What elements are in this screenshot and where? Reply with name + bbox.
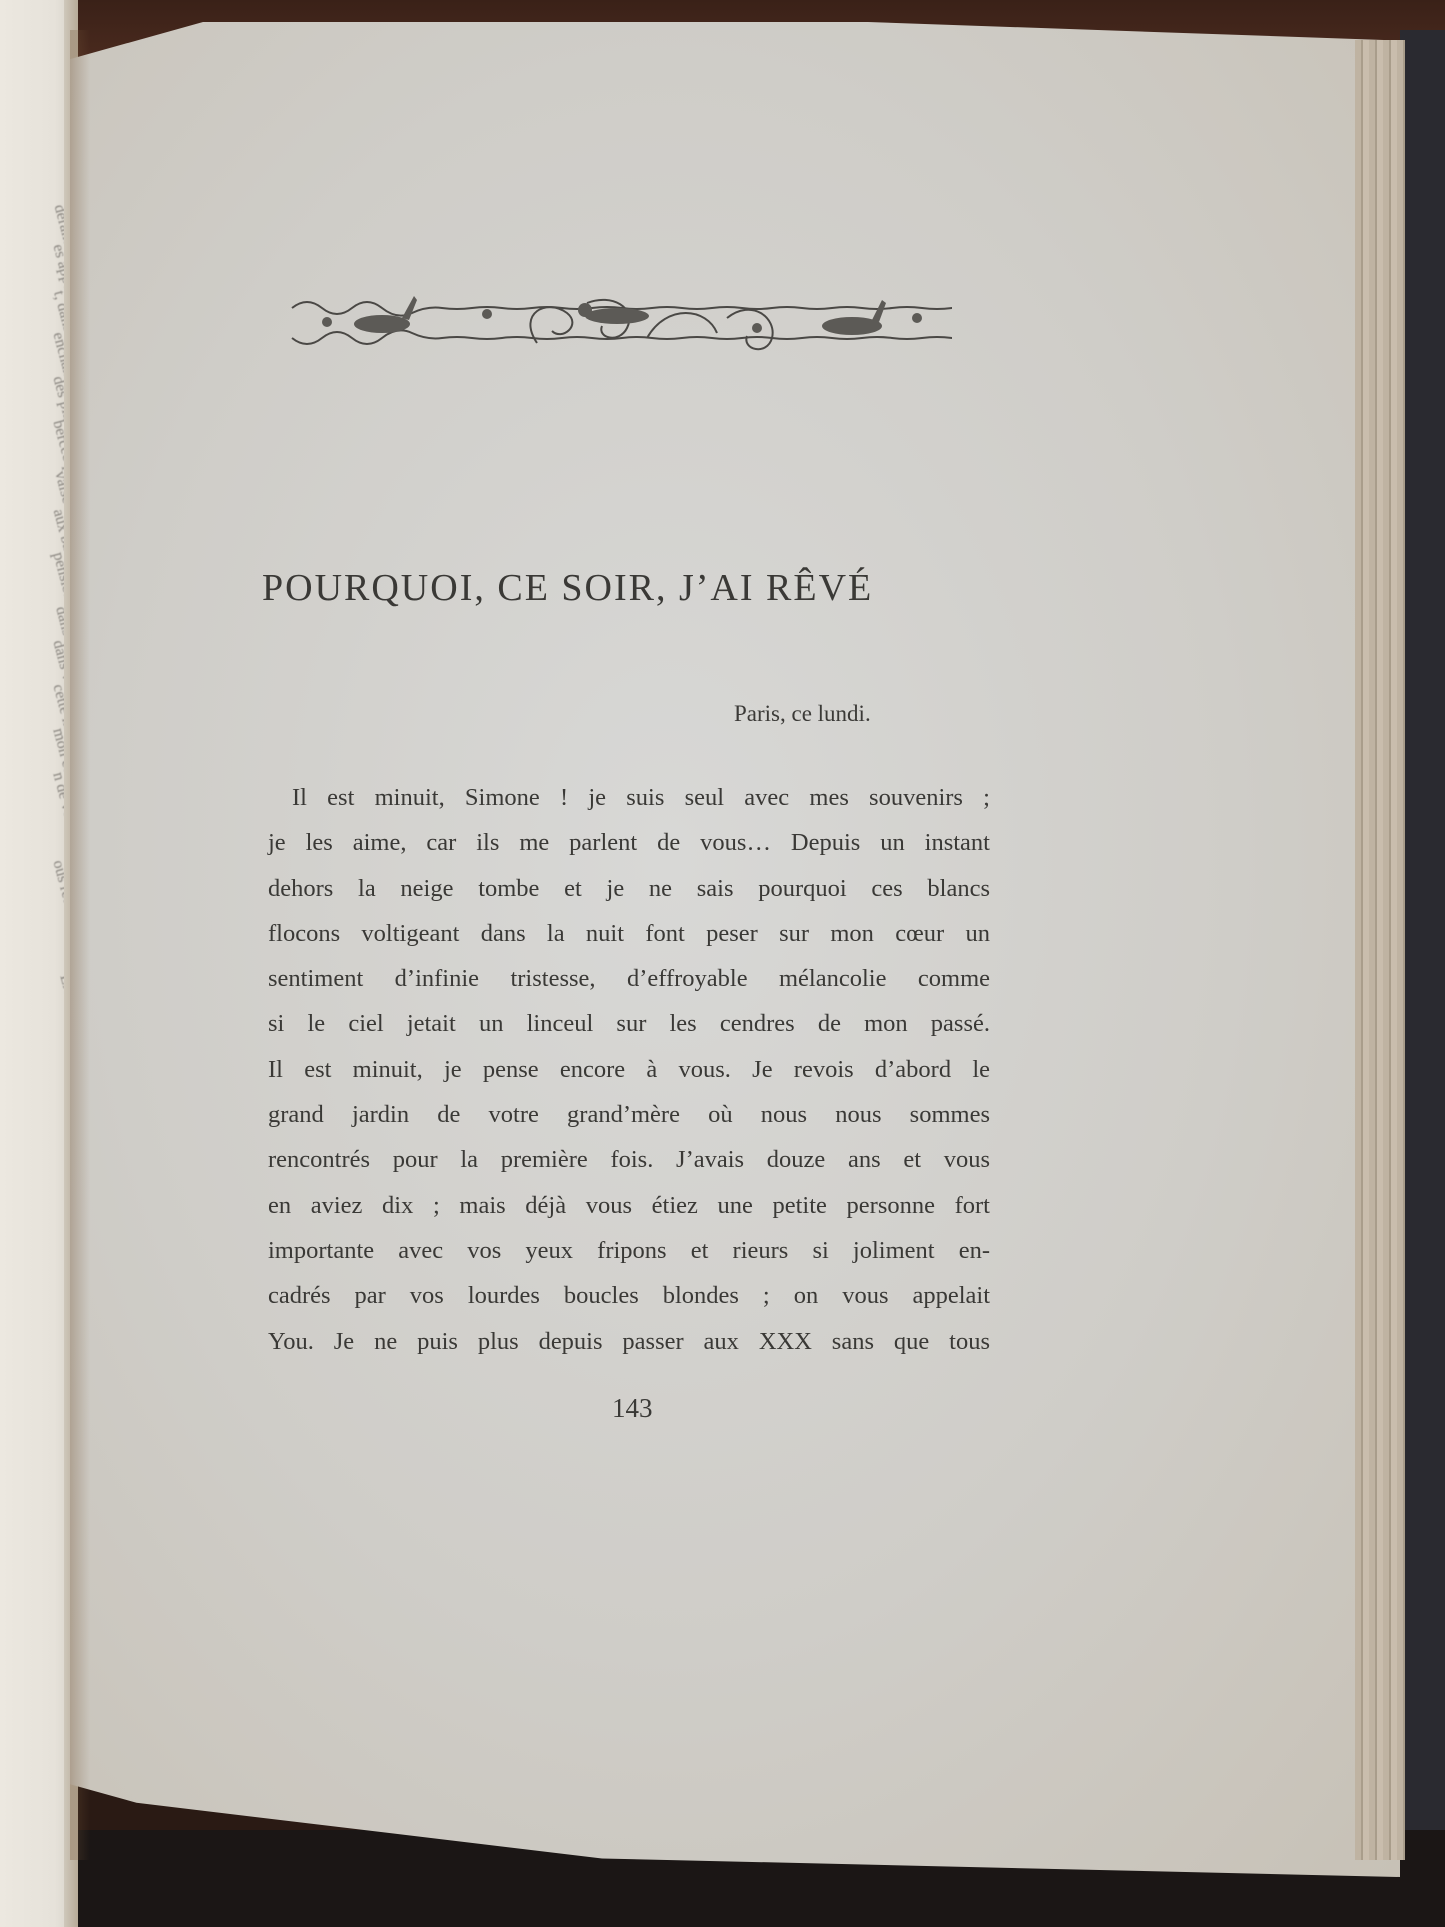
body-text: Il est minuit, Simone ! je suis seul ave… (268, 775, 990, 1364)
text-line: en aviez dix ; mais déjà vous étiez une … (268, 1183, 990, 1228)
page-number: 143 (612, 1393, 653, 1424)
text-line: cadrés par vos lourdes boucles blondes ;… (268, 1273, 990, 1318)
text-line: grand jardin de votre grand’mère où nous… (268, 1092, 990, 1137)
chapter-title: POURQUOI, CE SOIR, J’AI RÊVÉ (262, 566, 1002, 610)
text-line: importante avec vos yeux fripons et rieu… (268, 1228, 990, 1273)
facing-page-text: dérant le es appeler t, dans le enchanté… (0, 240, 60, 1032)
text-line: Il est minuit, Simone ! je suis seul ave… (268, 775, 990, 820)
facing-page-left: dérant le es appeler t, dans le enchanté… (0, 0, 78, 1927)
text-line: Il est minuit, je pense encore à vous. J… (268, 1047, 990, 1092)
text-line: You. Je ne puis plus depuis passer aux X… (268, 1319, 990, 1364)
book-cover-right (1400, 30, 1445, 1927)
page-curl-shadow (70, 30, 90, 1860)
text-line: rencontrés pour la première fois. J’avai… (268, 1137, 990, 1182)
headpiece-ornament-icon (287, 288, 952, 360)
text-line: dehors la neige tombe et je ne sais pour… (268, 866, 990, 911)
page-edges-stack (1355, 40, 1405, 1860)
text-line: je les aime, car ils me parlent de vous…… (268, 820, 990, 865)
text-line: sentiment d’infinie tristesse, d’effroya… (268, 956, 990, 1001)
dateline: Paris, ce lundi. (734, 701, 871, 727)
text-line: si le ciel jetait un linceul sur les cen… (268, 1001, 990, 1046)
text-line: flocons voltigeant dans la nuit font pes… (268, 911, 990, 956)
